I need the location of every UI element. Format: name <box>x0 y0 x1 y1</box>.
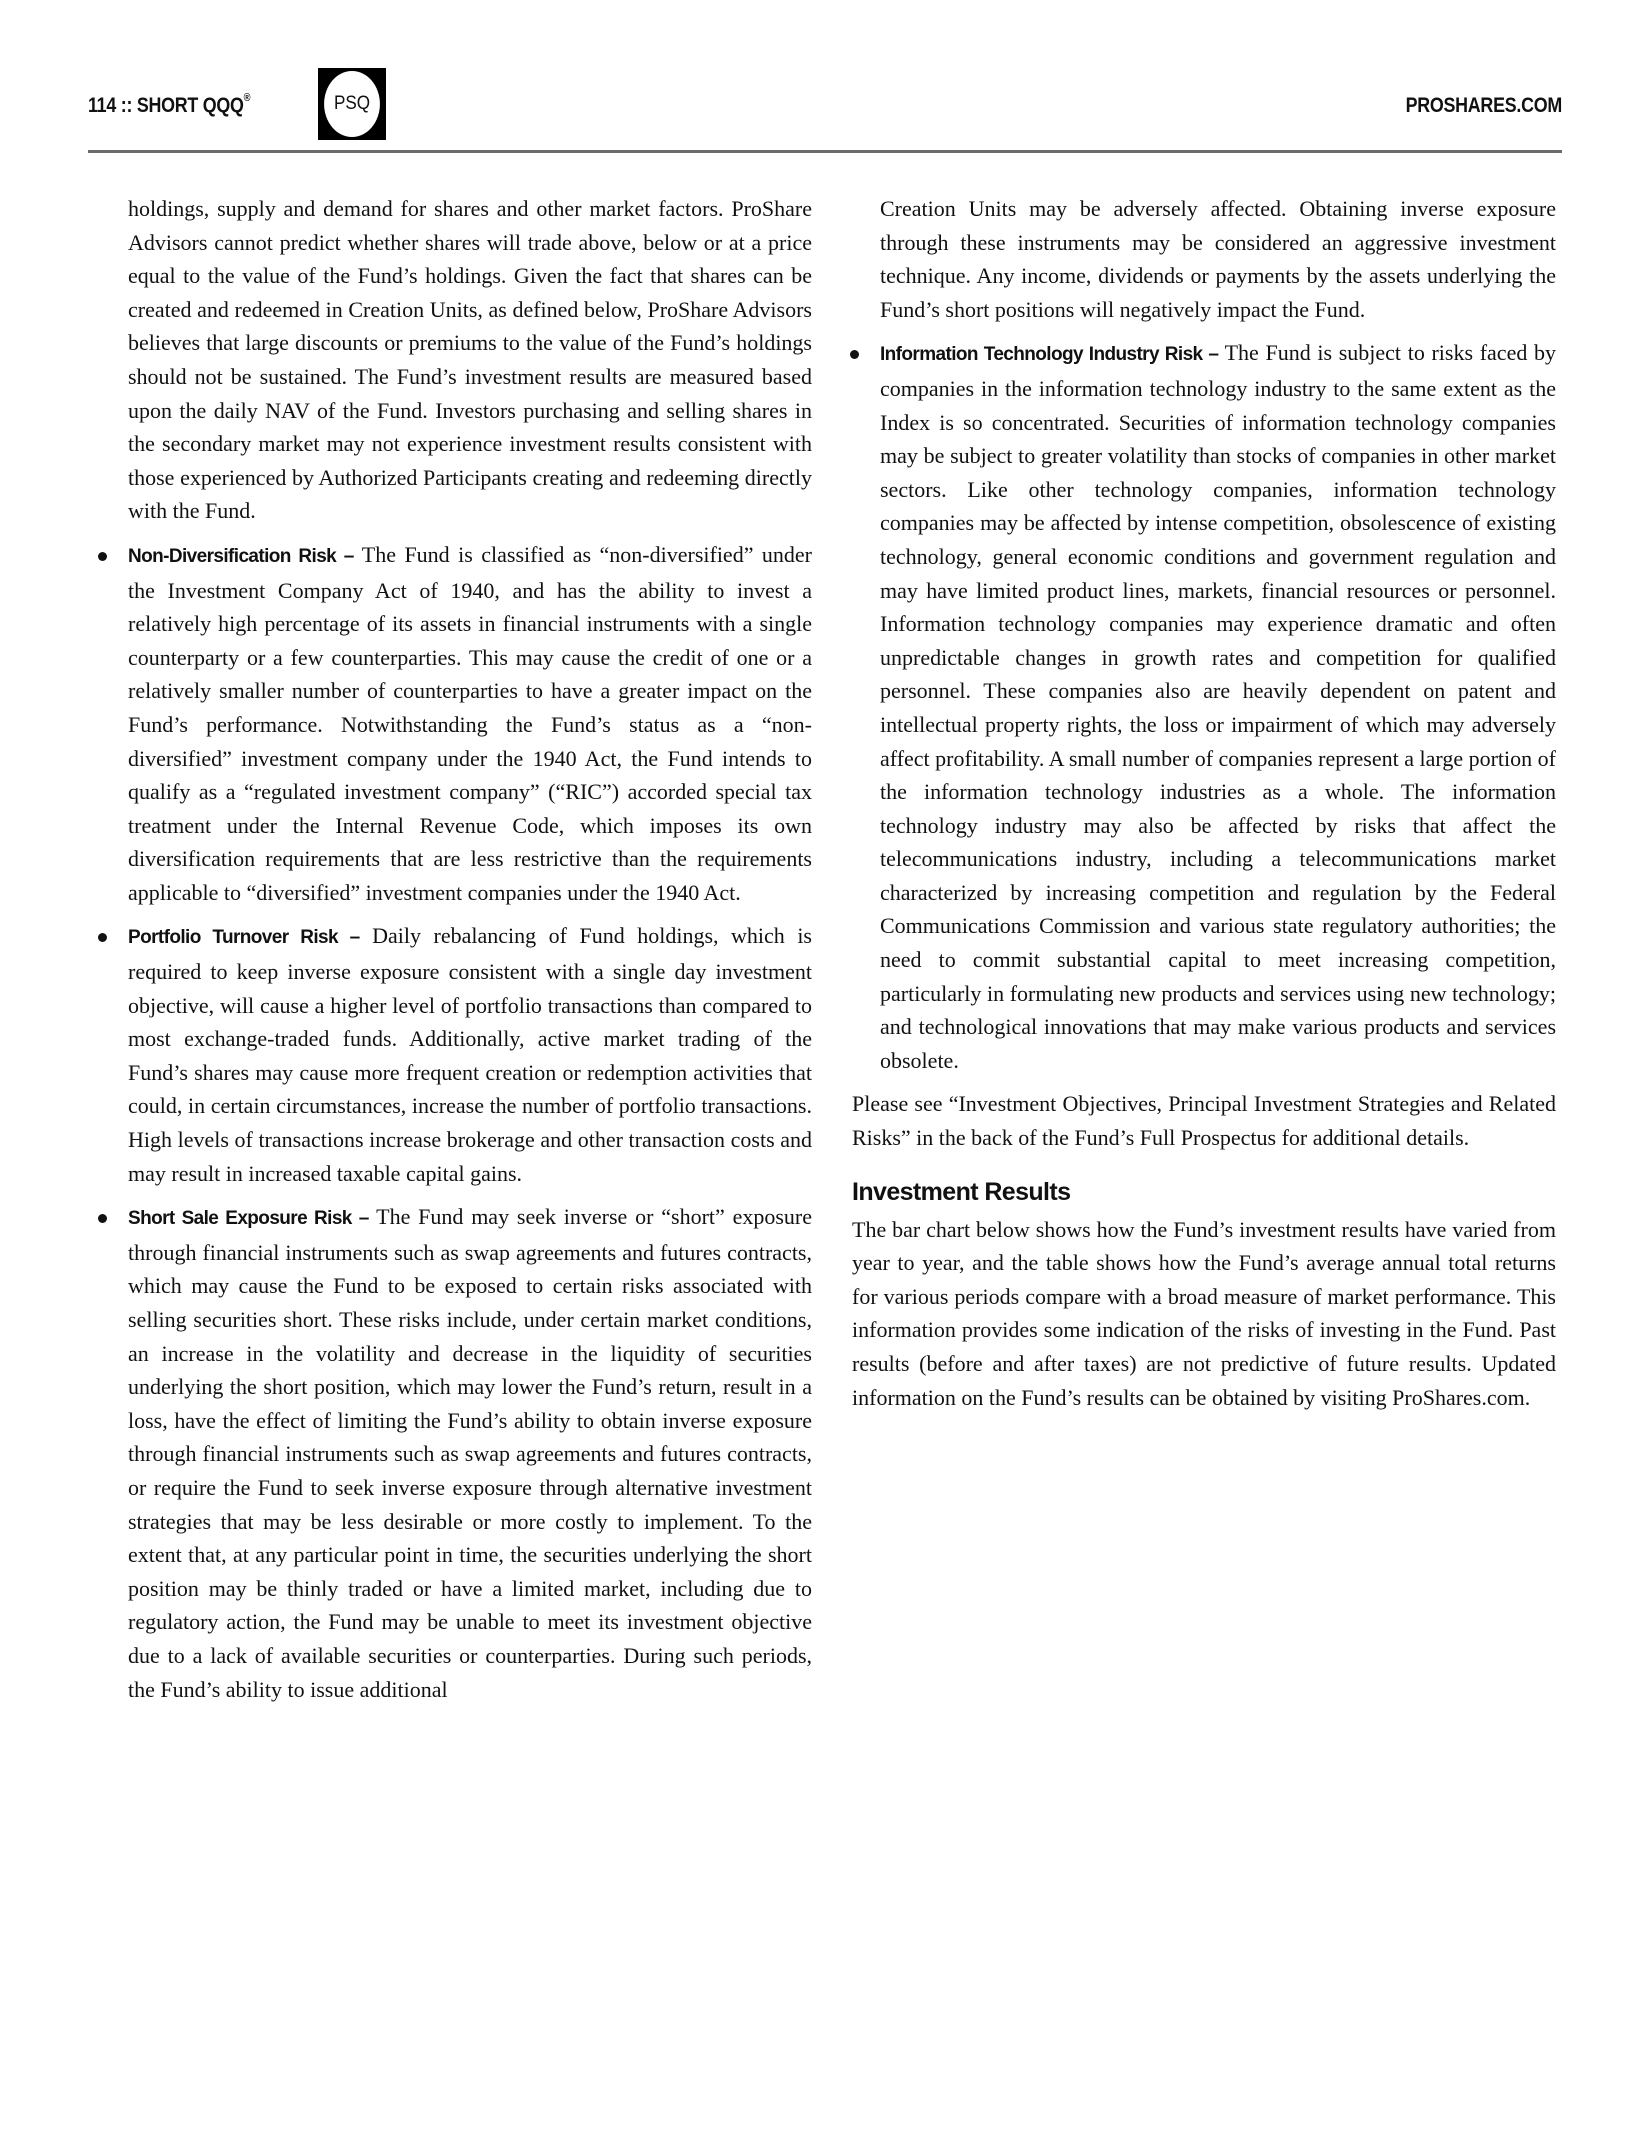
ticker-badge: PSQ <box>318 68 386 140</box>
left-column: holdings, supply and demand for shares a… <box>128 192 812 1706</box>
fund-name: SHORT QQQ <box>137 94 244 117</box>
bullet-icon <box>98 552 107 561</box>
risk-item-short-sale-exposure: Short Sale Exposure Risk – The Fund may … <box>128 1200 812 1706</box>
website-label: PROSHARES.COM <box>1406 94 1562 118</box>
header-separator: :: <box>121 94 132 117</box>
investment-results-paragraph: The bar chart below shows how the Fund’s… <box>852 1213 1556 1415</box>
risk-title: Portfolio Turnover Risk – <box>128 927 360 948</box>
ticker-text: PSQ <box>334 93 370 115</box>
bullet-icon <box>850 350 859 359</box>
ticker-badge-circle: PSQ <box>324 71 380 137</box>
risk-text: The Fund is classified as “non-diversifi… <box>128 542 812 905</box>
risk-item-non-diversification: Non-Diversification Risk – The Fund is c… <box>128 538 812 910</box>
risk-title: Short Sale Exposure Risk – <box>128 1208 369 1229</box>
risk-title: Non-Diversification Risk – <box>128 546 354 567</box>
page-number: 114 <box>88 94 116 117</box>
registered-mark: ® <box>244 92 251 104</box>
intro-paragraph: holdings, supply and demand for shares a… <box>128 192 812 528</box>
header-divider <box>88 150 1562 153</box>
risk-title: Information Technology Industry Risk – <box>880 344 1218 365</box>
bullet-icon <box>98 933 107 942</box>
risk-text: The Fund is subject to risks faced by co… <box>880 340 1556 1072</box>
section-heading-investment-results: Investment Results <box>852 1175 1556 1209</box>
header-page-label: 114 :: SHORT QQQ® <box>88 94 250 118</box>
page-header: 114 :: SHORT QQQ® PSQ PROSHARES.COM <box>88 60 1562 154</box>
risk-item-information-technology: Information Technology Industry Risk – T… <box>880 336 1556 1077</box>
short-sale-continuation: Creation Units may be adversely affected… <box>880 192 1556 326</box>
risk-item-portfolio-turnover: Portfolio Turnover Risk – Daily rebalanc… <box>128 919 812 1190</box>
risk-text: Daily rebalancing of Fund holdings, whic… <box>128 923 812 1185</box>
risk-text: The Fund may seek inverse or “short” exp… <box>128 1204 812 1701</box>
right-column: Creation Units may be adversely affected… <box>852 192 1556 1414</box>
see-also-paragraph: Please see “Investment Objectives, Princ… <box>852 1087 1556 1154</box>
bullet-icon <box>98 1214 107 1223</box>
